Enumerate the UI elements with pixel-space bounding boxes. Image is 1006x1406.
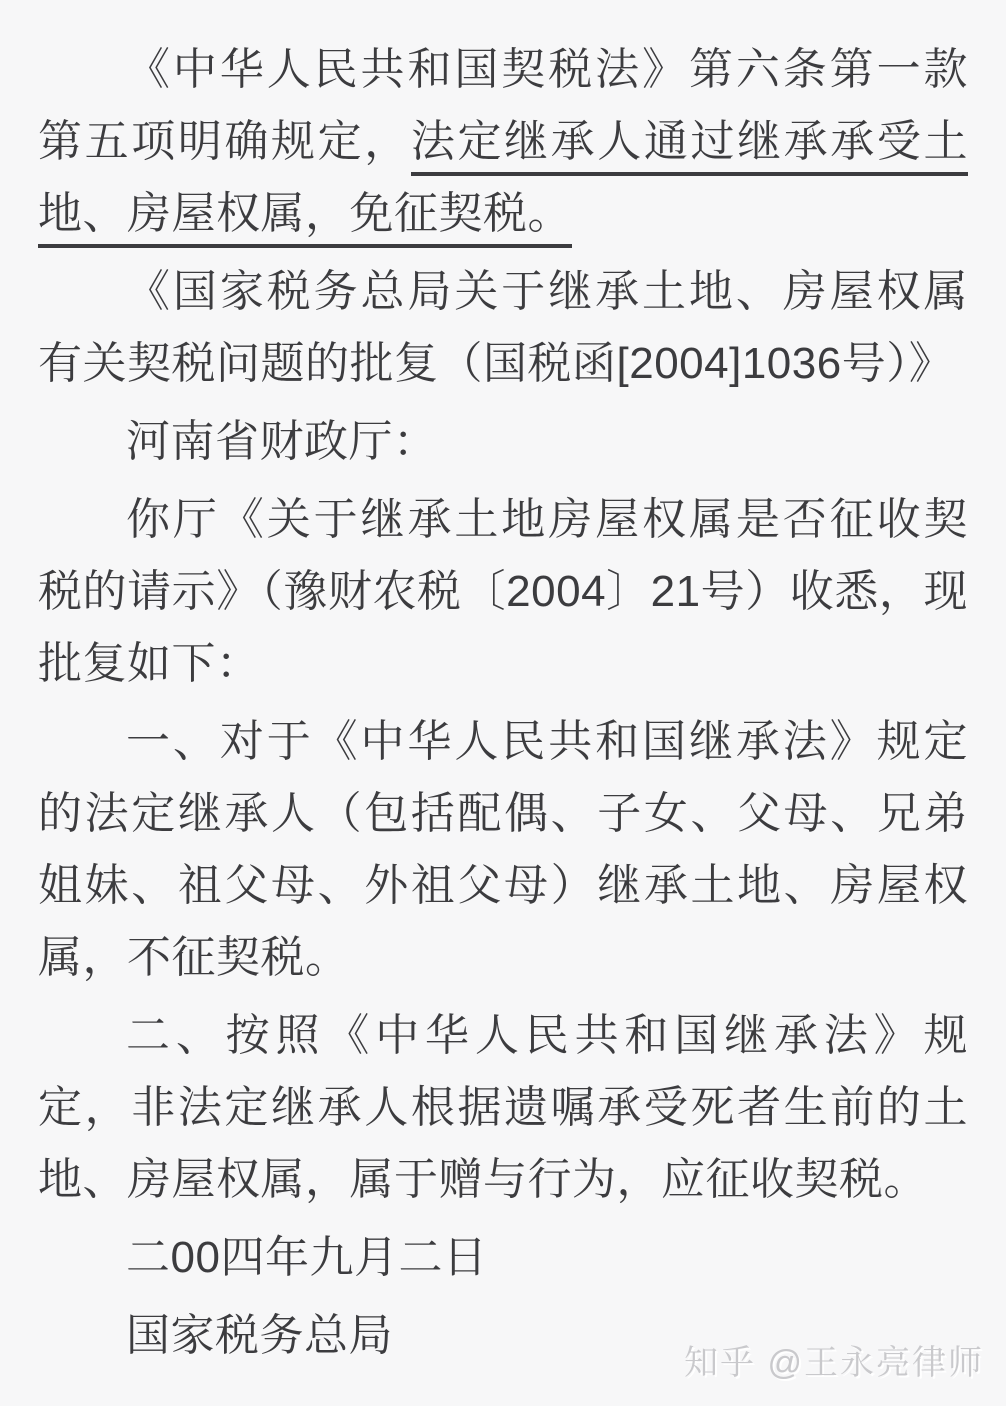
legal-paragraph-addressee: 河南省财政厅： xyxy=(38,406,968,478)
legal-paragraph-law-citation: 《中华人民共和国契税法》第六条第一款第五项明确规定，法定继承人通过继承承受土地、… xyxy=(38,34,968,250)
legal-document: 《中华人民共和国契税法》第六条第一款第五项明确规定，法定继承人通过继承承受土地、… xyxy=(0,0,1006,1372)
zhihu-watermark: 知乎 @王永亮律师 xyxy=(684,1335,984,1384)
date-line: 二00四年九月二日 xyxy=(38,1222,968,1294)
legal-paragraph-item-two: 二、按照《中华人民共和国继承法》规定，非法定继承人根据遗嘱承受死者生前的土地、房… xyxy=(38,1000,968,1216)
legal-paragraph-intro: 你厅《关于继承土地房屋权属是否征收契税的请示》（豫财农税〔2004〕21号）收悉… xyxy=(38,484,968,700)
legal-paragraph-item-one: 一、对于《中华人民共和国继承法》规定的法定继承人（包括配偶、子女、父母、兄弟姐妹… xyxy=(38,706,968,994)
legal-paragraph-reply-title: 《国家税务总局关于继承土地、房屋权属有关契税问题的批复（国税函[2004]103… xyxy=(38,256,968,400)
